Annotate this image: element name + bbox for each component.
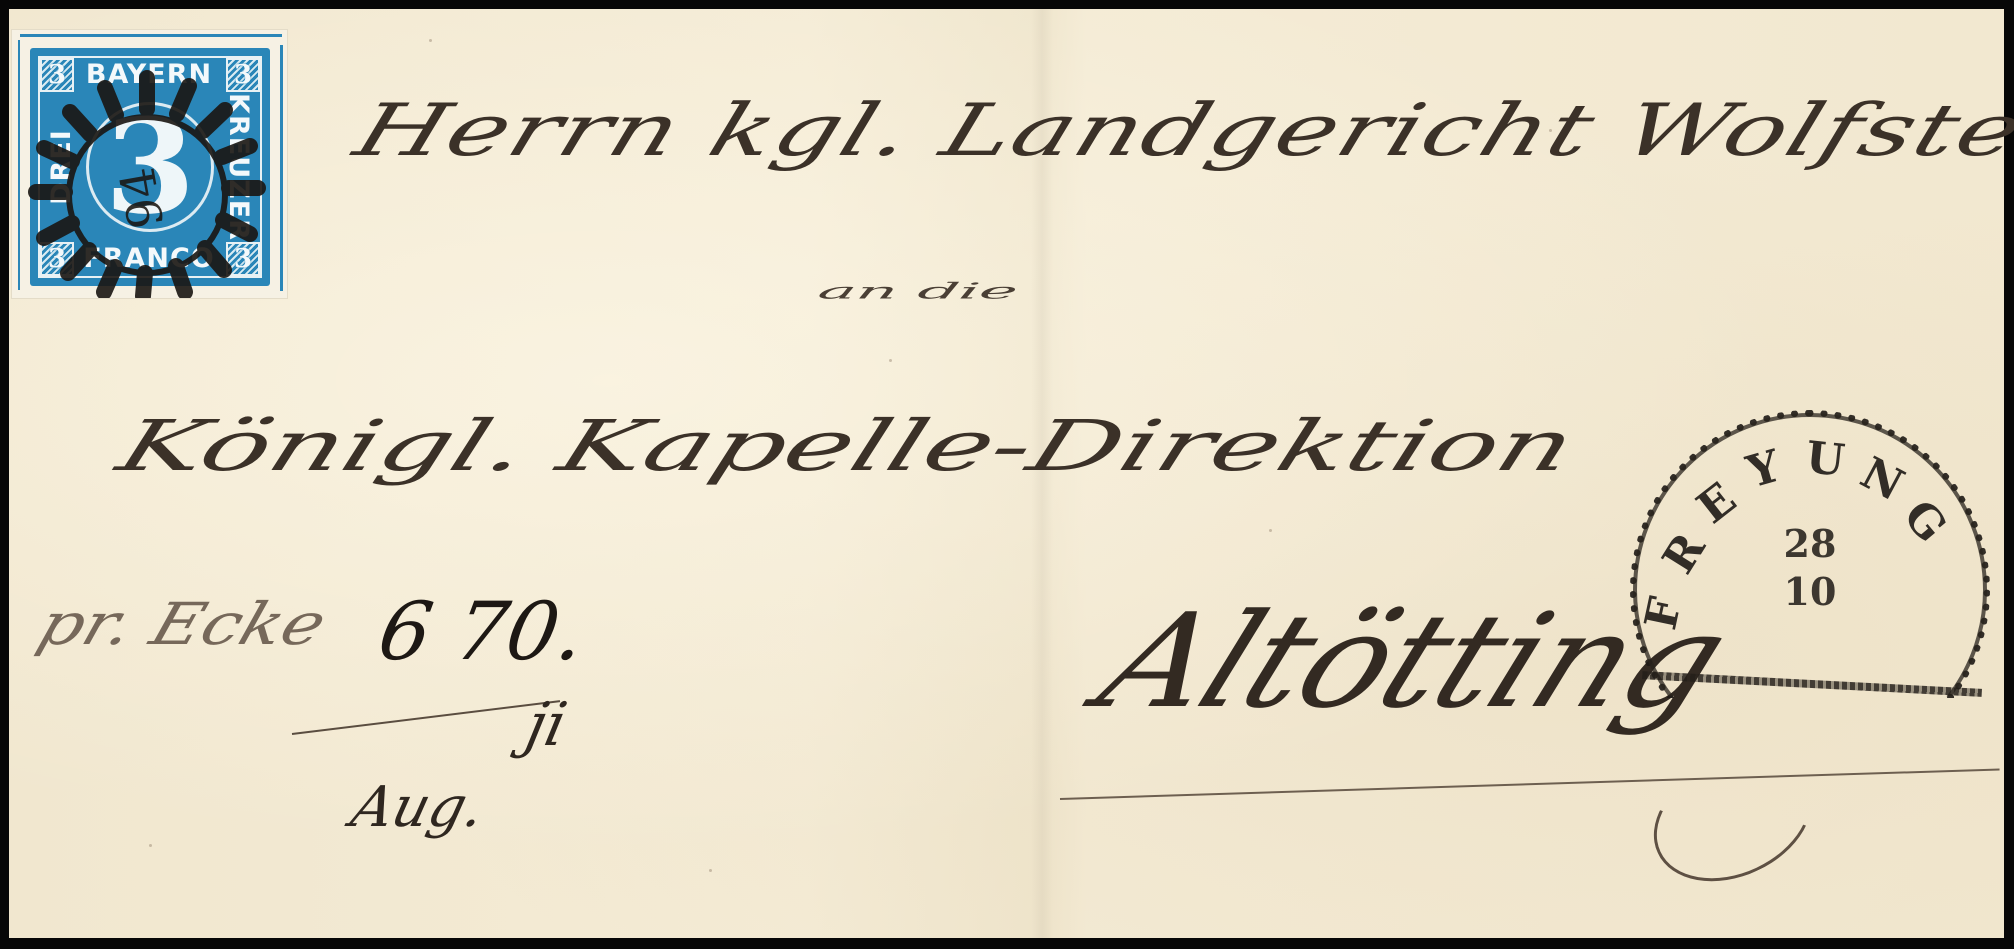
postmark-date: 28 10 — [1780, 520, 1840, 616]
paper-speck — [429, 39, 432, 42]
address-line-2: an die — [815, 279, 1021, 304]
stamp-margin-line-left — [18, 40, 20, 290]
paper-speck — [889, 359, 892, 362]
stamp-country-label: BAYERN — [76, 60, 222, 90]
half-circle-postmark: F R E Y U N G 28 10 — [1630, 410, 1990, 700]
paper-speck — [709, 869, 712, 872]
stamp-franco-label: FRANCO — [76, 244, 222, 274]
stamp-denomination: 3 — [89, 97, 211, 237]
postmark-letter: U — [1803, 432, 1846, 487]
stamp-margin-line-top — [20, 34, 282, 37]
postage-stamp: 3 3 3 3 BAYERN FRANCO DREI KREUZER 3 — [12, 30, 287, 298]
postmark-month: 10 — [1780, 568, 1840, 616]
reference-number: 6 70. — [372, 585, 592, 678]
stamp-design: 3 3 3 3 BAYERN FRANCO DREI KREUZER 3 — [30, 48, 270, 286]
reference-label: pr. Ecke — [30, 590, 335, 658]
stamp-drei-label: DREI — [47, 79, 77, 255]
paper-speck — [149, 844, 152, 847]
address-line-3: Königl. Kapelle-Direktion — [108, 405, 1585, 487]
stamp-margin-line-right — [280, 45, 283, 291]
stamp-center-circle: 3 — [86, 102, 214, 232]
annotation-note-2: Aug. — [345, 775, 491, 840]
paper-speck — [1269, 529, 1272, 532]
postmark-day: 28 — [1780, 520, 1840, 568]
address-line-1: Herrn kgl. Landgericht Wolfstein — [345, 88, 2014, 172]
stamp-kreuzer-label: KREUZER — [223, 79, 253, 255]
